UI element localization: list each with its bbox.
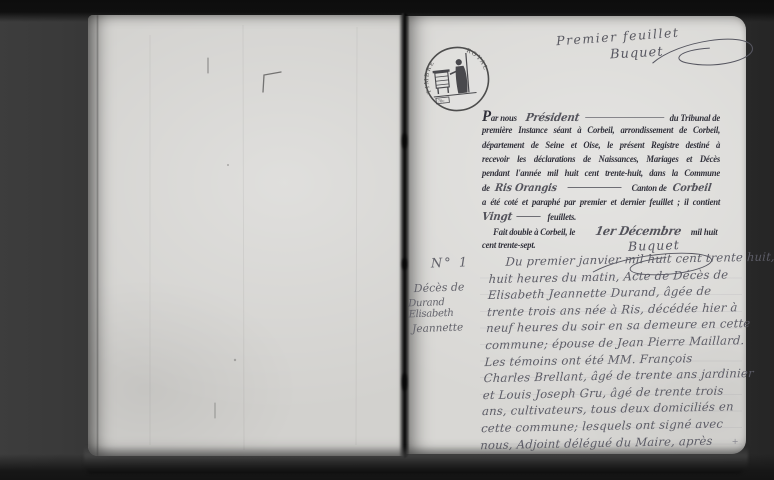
right-page: 70c TIMBRE ROYAL Premier feuillet Buquet…	[404, 16, 746, 454]
printed-text: Canton de	[632, 182, 667, 196]
act-number: N° 1	[431, 255, 487, 272]
margin-line: Durand Elisabeth	[408, 296, 489, 321]
printed-line: département de Seine et Oise, le présent…	[482, 139, 720, 153]
printed-text: mil huit	[691, 228, 718, 238]
printed-line: première Instance séant à Corbeil, arron…	[482, 124, 720, 138]
flourish-dash	[517, 216, 541, 217]
buquet-signature-top: Buquet	[610, 45, 664, 63]
flourish-dash	[585, 117, 664, 118]
margin-annotation: N° 1 Décès de Durand Elisabeth Jeannette	[405, 255, 490, 336]
book-scan: 70c TIMBRE ROYAL Premier feuillet Buquet…	[0, 0, 774, 480]
flourish-dash	[567, 187, 621, 188]
printed-line-closing: Fait double à Corbeil, le 1er Décembre m…	[482, 224, 720, 238]
printed-line: pendant l'année mil huit cent trente-hui…	[482, 167, 720, 181]
printed-text: de	[482, 182, 490, 196]
left-page-ink-marks	[88, 15, 405, 456]
printed-declaration: Par nous Président du Tribunal de premiè…	[482, 110, 720, 253]
page-stack-shadow	[84, 446, 748, 474]
death-act-text: Du premier janvier mil huit cent trente …	[480, 249, 742, 453]
handwritten-insert-title: Président	[525, 111, 581, 125]
printed-text: feuillets.	[547, 213, 576, 223]
printed-line-folio: Vingt feuillets.	[482, 210, 720, 224]
handwritten-insert-count: Vingt	[481, 210, 513, 224]
printed-line: Par nous Président du Tribunal de	[482, 110, 720, 124]
printed-line: recevoir les déclarations de Naissances,…	[482, 153, 720, 167]
signature-flourish	[649, 33, 771, 79]
margin-line: Jeannette	[412, 321, 489, 336]
timbre-royal-stamp: 70c TIMBRE ROYAL	[420, 42, 495, 117]
handwritten-insert-commune: Ris Orangis	[494, 181, 558, 195]
printed-line: a été coté et paraphé par premier et der…	[482, 196, 720, 210]
book-gutter	[399, 13, 409, 458]
stamp-value: 70c	[437, 98, 444, 104]
printed-line-commune: de Ris Orangis Canton de Corbeil	[482, 181, 720, 195]
left-page	[88, 15, 405, 456]
margin-line: Décès de	[414, 280, 488, 296]
handwritten-insert-canton: Corbeil	[671, 181, 711, 195]
printed-text: Fait double à Corbeil, le	[493, 228, 575, 238]
